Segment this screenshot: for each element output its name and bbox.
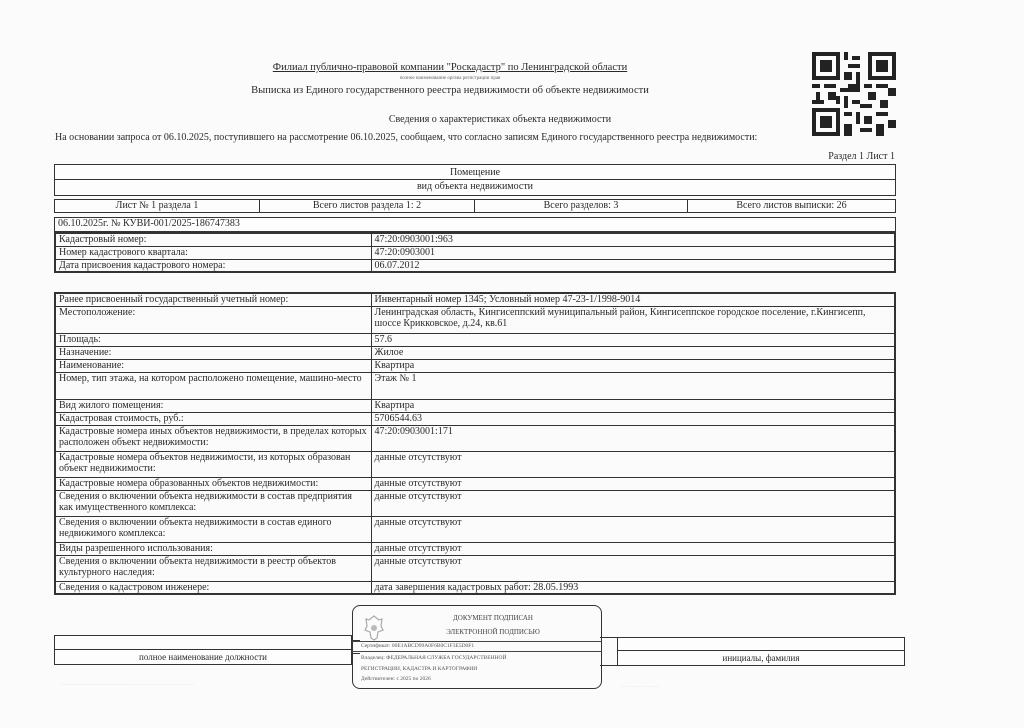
name-caption: инициалы, фамилия [618,651,904,665]
details-table: Ранее присвоенный государственный учетны… [54,292,896,595]
table-row: Вид жилого помещения:Квартира [55,399,895,412]
signature-owner: Владелец: ФЕДЕРАЛЬНАЯ СЛУЖБА ГОСУДАРСТВЕ… [361,655,506,661]
table-row: Кадастровые номера объектов недвижимости… [55,451,895,477]
table-row: Кадастровые номера иных объектов недвижи… [55,425,895,451]
row-label: Виды разрешенного использования: [55,542,371,555]
table-row: Сведения о включении объекта недвижимост… [55,490,895,516]
section-title: Сведения о характеристиках объекта недви… [250,114,750,125]
signature-certificate: Сертификат: 00E1ABCD99A0F6B0C1F3E5D0F1 [361,643,474,649]
row-value: данные отсутствуют [371,490,895,516]
table-row: Дата присвоения кадастрового номера:06.0… [55,259,895,272]
organization-name: Филиал публично-правовой компании "Роска… [200,62,700,73]
row-label: Сведения о включении объекта недвижимост… [55,490,371,516]
row-label: Местоположение: [55,306,371,333]
row-value: данные отсутствуют [371,516,895,542]
position-field: полное наименование должности [54,635,352,665]
row-label: Номер кадастрового квартала: [55,246,371,259]
qr-code-icon [812,52,896,136]
signature-line1: ДОКУМЕНТ ПОДПИСАН [393,614,593,622]
name-field: инициалы, фамилия [617,637,905,666]
table-row: Кадастровые номера образованных объектов… [55,477,895,490]
signature-line2: ЭЛЕКТРОННОЙ ПОДПИСЬЮ [393,628,593,636]
row-label: Кадастровые номера объектов недвижимости… [55,451,371,477]
table-row: Назначение:Жилое [55,346,895,359]
row-label: Сведения о кадастровом инженере: [55,581,371,594]
request-number: 06.10.2025г. № КУВИ-001/2025-186747383 [55,218,895,230]
table-row: Виды разрешенного использования:данные о… [55,542,895,555]
row-value: Инвентарный номер 1345; Условный номер 4… [371,293,895,306]
row-label: Наименование: [55,359,371,372]
table-row: Сведения о включении объекта недвижимост… [55,555,895,581]
identity-table: Кадастровый номер:47:20:0903001:963Номер… [54,232,896,273]
row-label: Кадастровый номер: [55,233,371,246]
table-row: Кадастровая стоимость, руб.:5706544.63 [55,412,895,425]
object-type: Помещение [55,165,895,180]
row-label: Сведения о включении объекта недвижимост… [55,555,371,581]
row-label: Ранее присвоенный государственный учетны… [55,293,371,306]
footer-print-noise: ········································… [60,682,195,687]
row-value: Квартира [371,359,895,372]
table-row: Кадастровый номер:47:20:0903001:963 [55,233,895,246]
row-label: Кадастровые номера образованных объектов… [55,477,371,490]
row-value: 47:20:0903001 [371,246,895,259]
document-title: Выписка из Единого государственного реес… [200,85,700,96]
row-label: Номер, тип этажа, на котором расположено… [55,372,371,399]
row-value: Жилое [371,346,895,359]
row-value: данные отсутствуют [371,555,895,581]
row-value: Ленинградская область, Кингисеппский мун… [371,306,895,333]
table-row: Местоположение:Ленинградская область, Ки… [55,306,895,333]
row-value: Этаж № 1 [371,372,895,399]
total-sheets-section: Всего листов раздела 1: 2 [260,200,475,212]
row-label: Площадь: [55,333,371,346]
row-label: Дата присвоения кадастрового номера: [55,259,371,272]
signature-owner-2: РЕГИСТРАЦИИ, КАДАСТРА И КАРТОГРАФИИ [361,666,477,672]
table-row: Сведения о кадастровом инженере:дата зав… [55,581,895,594]
row-label: Назначение: [55,346,371,359]
extract-page: Филиал публично-правовой компании "Роска… [0,0,1024,728]
row-value: 47:20:0903001:171 [371,425,895,451]
row-value: дата завершения кадастровых работ: 28.05… [371,581,895,594]
request-number-line: 06.10.2025г. № КУВИ-001/2025-186747383 [54,217,896,232]
request-basis-text: На основании запроса от 06.10.2025, пост… [55,132,905,143]
signature-validity: Действителен: с 2025 по 2026 [361,676,431,682]
coat-of-arms-icon [363,614,385,642]
organization-caption: полное наименование органа регистрации п… [200,76,700,81]
footer-print-noise-right: ····· · ····· ····· · · · ····· [620,684,659,689]
sheet-info-row: Лист № 1 раздела 1 Всего листов раздела … [54,199,896,213]
section-sheet-reference: Раздел 1 Лист 1 [760,151,895,162]
row-label: Кадастровая стоимость, руб.: [55,412,371,425]
row-label: Вид жилого помещения: [55,399,371,412]
row-value: данные отсутствуют [371,477,895,490]
row-value: 47:20:0903001:963 [371,233,895,246]
position-caption: полное наименование должности [55,650,351,664]
row-value: 57.6 [371,333,895,346]
table-row: Номер кадастрового квартала:47:20:090300… [55,246,895,259]
row-value: данные отсутствуют [371,451,895,477]
table-row: Площадь:57.6 [55,333,895,346]
table-row: Номер, тип этажа, на котором расположено… [55,372,895,399]
row-value: 06.07.2012 [371,259,895,272]
row-value: 5706544.63 [371,412,895,425]
object-type-block: Помещение вид объекта недвижимости [54,164,896,196]
row-value: данные отсутствуют [371,542,895,555]
object-type-caption: вид объекта недвижимости [55,180,895,194]
table-row: Сведения о включении объекта недвижимост… [55,516,895,542]
total-sections: Всего разделов: 3 [475,200,688,212]
electronic-signature-stamp: ДОКУМЕНТ ПОДПИСАН ЭЛЕКТРОННОЙ ПОДПИСЬЮ С… [352,605,602,689]
sheet-of-section: Лист № 1 раздела 1 [55,200,260,212]
table-row: Ранее присвоенный государственный учетны… [55,293,895,306]
row-label: Сведения о включении объекта недвижимост… [55,516,371,542]
total-sheets-extract: Всего листов выписки: 26 [688,200,895,212]
row-label: Кадастровые номера иных объектов недвижи… [55,425,371,451]
row-value: Квартира [371,399,895,412]
table-row: Наименование:Квартира [55,359,895,372]
